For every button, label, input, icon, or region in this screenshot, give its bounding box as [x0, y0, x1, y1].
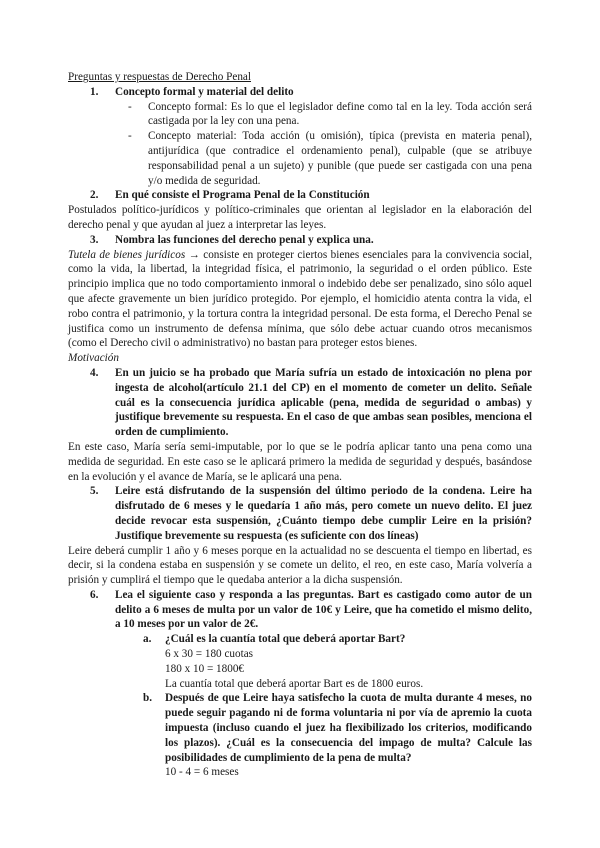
answer-6a-line-1: 6 x 30 = 180 cuotas: [165, 647, 532, 662]
bullet-concepto-formal-text: Concepto formal: Es lo que el legislador…: [148, 100, 532, 130]
question-6a-row: a. ¿Cuál es la cuantía total que deberá …: [68, 632, 532, 647]
question-6a-text: ¿Cuál es la cuantía total que deberá apo…: [165, 632, 532, 647]
question-6b-letter: b.: [143, 691, 165, 706]
question-4-number: 4.: [90, 366, 115, 381]
question-6-text: Lea el siguiente caso y responda a las p…: [115, 588, 532, 632]
question-6a-letter: a.: [143, 632, 165, 647]
motivacion-label: Motivación: [68, 351, 532, 366]
answer-5: Leire deberá cumplir 1 año y 6 meses por…: [68, 544, 532, 588]
answer-3-lead-italic: Tutela de bienes jurídicos →: [68, 249, 200, 261]
question-3-heading-row: 3. Nombra las funciones del derecho pena…: [68, 233, 532, 248]
question-5-number: 5.: [90, 484, 115, 499]
answer-4: En este caso, María sería semi-imputable…: [68, 440, 532, 484]
question-6b-row: b. Después de que Leire haya satisfecho …: [68, 691, 532, 765]
bullet-concepto-material: - Concepto material: Toda acción (u omis…: [68, 129, 532, 188]
question-3-number: 3.: [90, 233, 115, 248]
answer-6b-line-1: 10 - 4 = 6 meses: [165, 765, 532, 780]
bullet-concepto-formal: - Concepto formal: Es lo que el legislad…: [68, 100, 532, 130]
doc-title: Preguntas y respuestas de Derecho Penal: [68, 70, 532, 85]
answer-2: Postulados político-jurídicos y político…: [68, 203, 532, 233]
question-6-row: 6. Lea el siguiente caso y responda a la…: [68, 588, 532, 632]
question-1-number: 1.: [90, 85, 115, 100]
question-6-number: 6.: [90, 588, 115, 603]
question-2-number: 2.: [90, 188, 115, 203]
question-2-heading-row: 2. En qué consiste el Programa Penal de …: [68, 188, 532, 203]
question-5-text: Leire está disfrutando de la suspensión …: [115, 484, 532, 543]
question-4-row: 4. En un juicio se ha probado que María …: [68, 366, 532, 440]
answer-6a-line-3: La cuantía total que deberá aportar Bart…: [165, 677, 532, 692]
bullet-dash-icon: -: [128, 100, 148, 115]
bullet-dash-icon: -: [128, 129, 148, 144]
answer-3-body: consiste en proteger ciertos bienes esen…: [68, 249, 532, 350]
document-page: Preguntas y respuestas de Derecho Penal …: [0, 0, 600, 848]
question-6b-text: Después de que Leire haya satisfecho la …: [165, 691, 532, 765]
question-3-heading: Nombra las funciones del derecho penal y…: [115, 233, 532, 248]
question-1-heading-row: 1. Concepto formal y material del delito: [68, 85, 532, 100]
question-5-row: 5. Leire está disfrutando de la suspensi…: [68, 484, 532, 543]
bullet-concepto-material-text: Concepto material: Toda acción (u omisió…: [148, 129, 532, 188]
answer-6a-line-2: 180 x 10 = 1800€: [165, 662, 532, 677]
question-2-heading: En qué consiste el Programa Penal de la …: [115, 188, 532, 203]
question-4-text: En un juicio se ha probado que María suf…: [115, 366, 532, 440]
answer-3: Tutela de bienes jurídicos → consiste en…: [68, 248, 532, 352]
question-1-heading: Concepto formal y material del delito: [115, 85, 532, 100]
